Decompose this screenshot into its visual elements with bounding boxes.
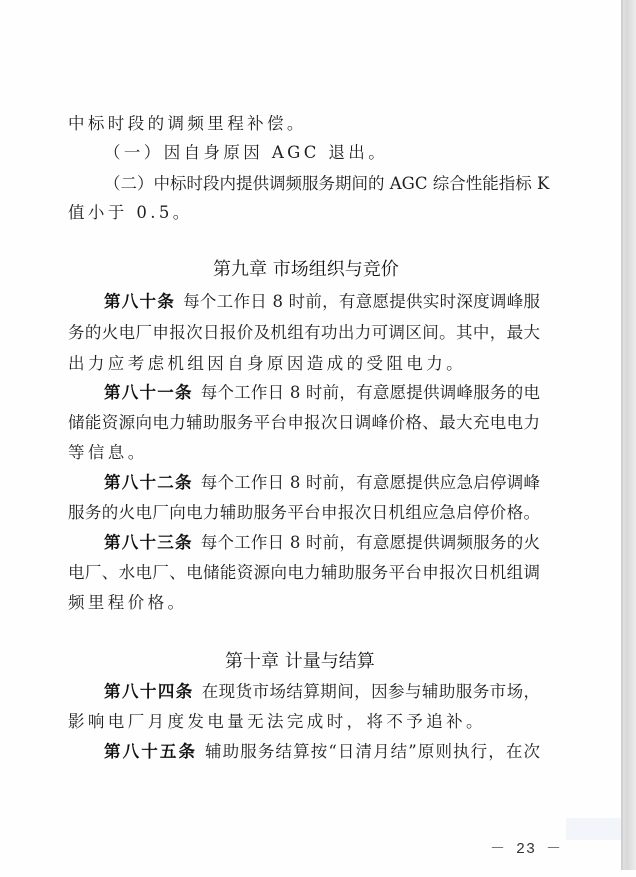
article-83-line-1: 第八十三条每个工作日 8 时前，有意愿提供调频服务的火 [104,531,540,555]
article-text: 每个工作日 8 时前，有意愿提供调峰服务的电 [201,383,540,402]
article-82-line-1: 第八十二条每个工作日 8 时前，有意愿提供应急启停调峰 [104,471,540,495]
article-84-line-2: 影响电厂月度发电量无法完成时，将不予追补。 [68,710,540,734]
article-83-line-3: 频里程价格。 [68,591,540,615]
article-label: 第八十一条 [104,383,193,402]
article-label: 第八十五条 [104,742,197,761]
scan-smear [566,818,621,840]
list-item-1: （一）因自身原因 AGC 退出。 [104,141,540,165]
article-82-line-2: 服务的火电厂向电力辅助服务平台申报次日机组应急启停价格。 [68,501,540,525]
article-85-line-1: 第八十五条辅助服务结算按“日清月结”原则执行，在次 [104,740,540,764]
article-text: 辅助服务结算按“日清月结”原则执行，在次 [205,742,540,761]
article-81-line-2: 储能资源向电力辅助服务平台申报次日调峰价格、最大充电电力 [68,411,540,435]
article-84-line-1: 第八十四条在现货市场结算期间，因参与辅助服务市场， [104,680,540,704]
article-label: 第八十三条 [104,533,193,552]
body-text-line: 中标时段的调频里程补偿。 [68,112,540,136]
article-83-line-2: 电厂、水电厂、电储能资源向电力辅助服务平台申报次日机组调 [68,561,540,585]
page-edge-shadow [621,0,636,870]
page-number: － 23 － [490,840,540,860]
article-label: 第八十二条 [104,473,193,492]
article-80-line-3: 出力应考虑机组因自身原因造成的受阻电力。 [68,352,540,376]
article-label: 第八十条 [104,292,175,311]
article-81-line-1: 第八十一条每个工作日 8 时前，有意愿提供调峰服务的电 [104,381,540,405]
article-80-line-2: 务的火电厂申报次日报价及机组有功出力可调区间。其中，最大 [68,321,540,345]
article-text: 每个工作日 8 时前，有意愿提供实时深度调峰服 [183,292,540,311]
article-label: 第八十四条 [104,682,194,701]
article-text: 每个工作日 8 时前，有意愿提供调频服务的火 [201,533,540,552]
list-item-2: （二）中标时段内提供调频服务期间的 AGC 综合性能指标 K [104,172,540,196]
body-text-line: 值小于 0.5。 [68,201,540,225]
chapter-heading-10: 第十章 计量与结算 [225,649,375,675]
article-80-line-1: 第八十条每个工作日 8 时前，有意愿提供实时深度调峰服 [104,290,540,314]
document-page: 中标时段的调频里程补偿。 （一）因自身原因 AGC 退出。 （二）中标时段内提供… [0,0,636,877]
article-81-line-3: 等信息。 [68,441,540,465]
article-text: 在现货市场结算期间，因参与辅助服务市场， [202,682,540,701]
chapter-heading-9: 第九章 市场组织与竞价 [213,257,399,283]
article-text: 每个工作日 8 时前，有意愿提供应急启停调峰 [201,473,540,492]
